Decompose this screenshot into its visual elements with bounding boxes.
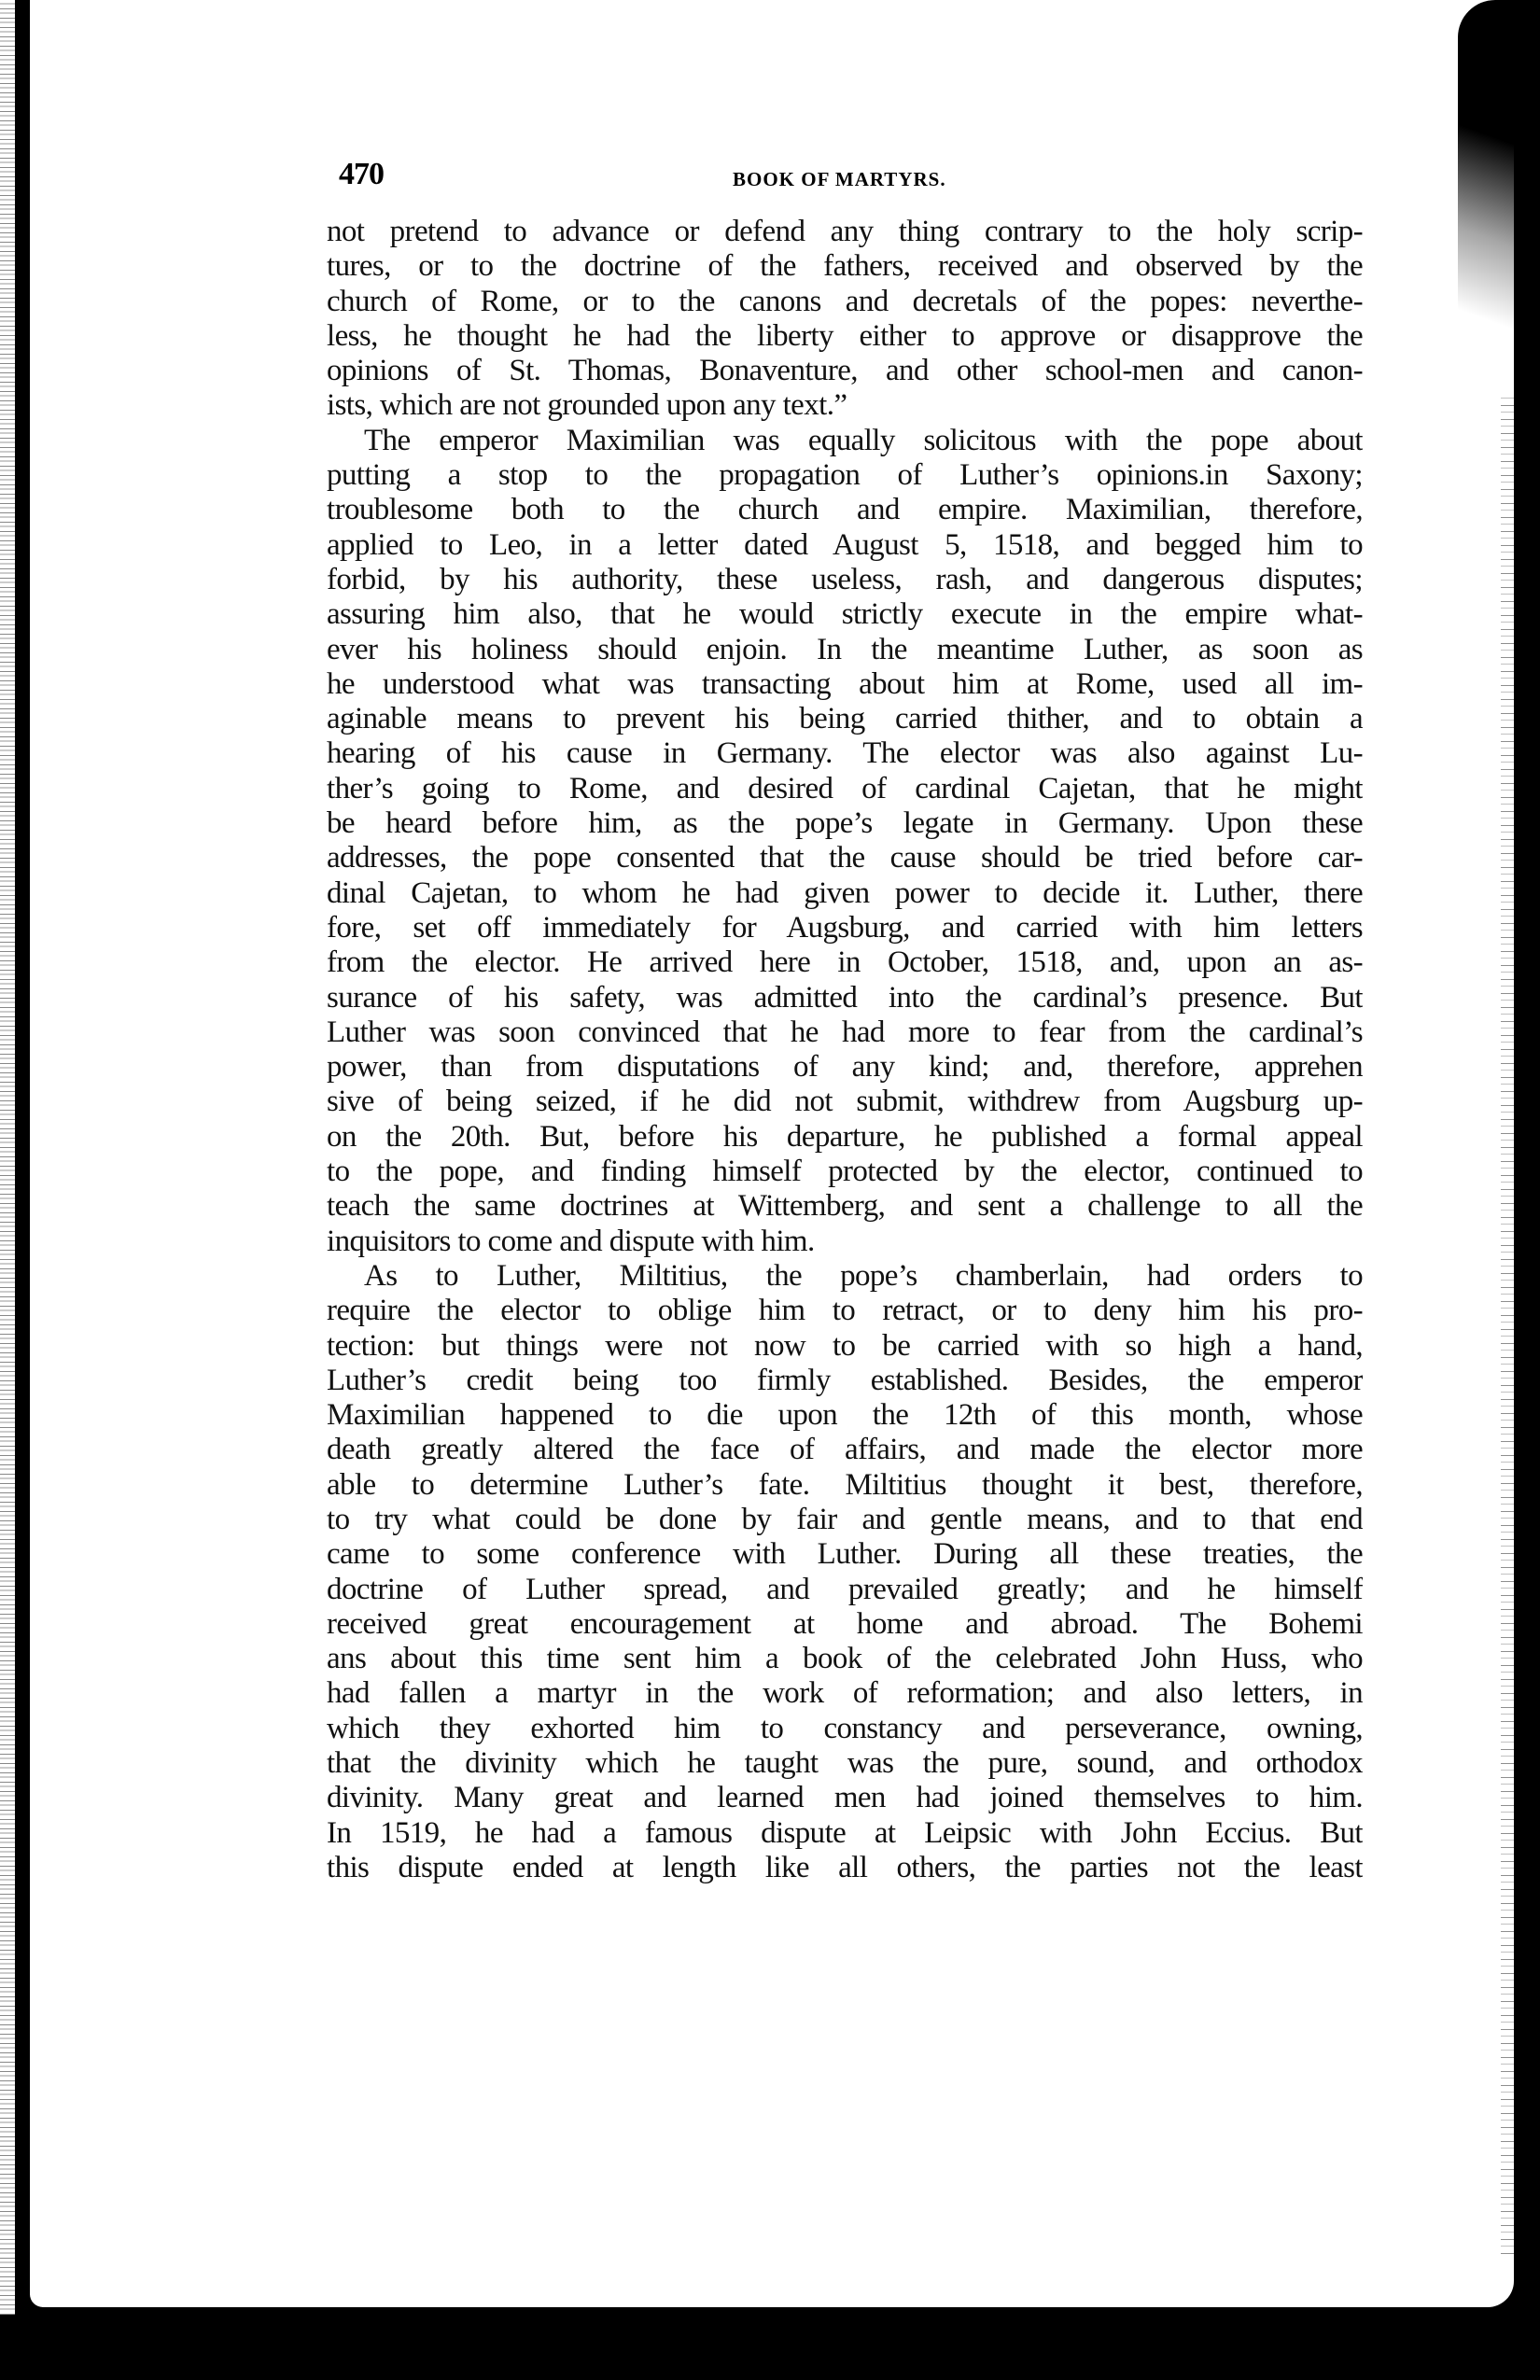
text-line: tures, or to the doctrine of the fathers… (327, 249, 1363, 284)
text-line: to try what could be done by fair and ge… (327, 1503, 1363, 1537)
text-line: applied to Leo, in a letter dated August… (327, 528, 1363, 563)
text-line: power, than from disputations of any kin… (327, 1050, 1363, 1085)
text-line: able to determine Luther’s fate. Miltiti… (327, 1468, 1363, 1503)
text-line: opinions of St. Thomas, Bonaventure, and… (327, 354, 1363, 388)
text-line: doctrine of Luther spread, and prevailed… (327, 1573, 1363, 1607)
text-line: putting a stop to the propagation of Lut… (327, 458, 1363, 493)
text-line: dinal Cajetan, to whom he had given powe… (327, 876, 1363, 911)
text-line: received great encouragement at home and… (327, 1607, 1363, 1642)
text-line: that the divinity which he taught was th… (327, 1746, 1363, 1781)
body-text: not pretend to advance or defend any thi… (327, 215, 1363, 1885)
paragraph-first-line: As to Luther, Miltitius, the pope’s cham… (327, 1259, 1363, 1294)
text-line: aginable means to prevent his being carr… (327, 702, 1363, 736)
text-line: from the elector. He arrived here in Oct… (327, 945, 1363, 980)
text-line: fore, set off immediately for Augsburg, … (327, 911, 1363, 945)
text-line: less, he thought he had the liberty eith… (327, 319, 1363, 354)
running-head: 470 BOOK OF MARTYRS. (339, 157, 1365, 198)
text-line: on the 20th. But, before his departure, … (327, 1120, 1363, 1155)
text-line: ists, which are not grounded upon any te… (327, 388, 1363, 423)
text-line: death greatly altered the face of affair… (327, 1433, 1363, 1467)
text-line: had fallen a martyr in the work of refor… (327, 1676, 1363, 1711)
text-line: not pretend to advance or defend any thi… (327, 215, 1363, 249)
text-line: addresses, the pope consented that the c… (327, 841, 1363, 875)
text-line: Luther was soon convinced that he had mo… (327, 1015, 1363, 1050)
text-line: came to some conference with Luther. Dur… (327, 1537, 1363, 1572)
scan-edge-left (0, 0, 15, 2315)
text-line: which they exhorted him to constancy and… (327, 1712, 1363, 1746)
text-line: require the elector to oblige him to ret… (327, 1294, 1363, 1328)
text-line: divinity. Many great and learned men had… (327, 1781, 1363, 1815)
text-line: forbid, by his authority, these useless,… (327, 563, 1363, 597)
text-line: sive of being seized, if he did not subm… (327, 1085, 1363, 1119)
text-line: troublesome both to the church and empir… (327, 493, 1363, 527)
text-line: Maximilian happened to die upon the 12th… (327, 1398, 1363, 1433)
text-line: In 1519, he had a famous dispute at Leip… (327, 1816, 1363, 1851)
text-line: hearing of his cause in Germany. The ele… (327, 736, 1363, 771)
paragraph-first-line: The emperor Maximilian was equally solic… (327, 424, 1363, 458)
text-line: ans about this time sent him a book of t… (327, 1642, 1363, 1676)
text-line: this dispute ended at length like all ot… (327, 1851, 1363, 1885)
text-line: be heard before him, as the pope’s legat… (327, 806, 1363, 841)
running-title: BOOK OF MARTYRS. (733, 168, 946, 191)
text-line: ever his holiness should enjoin. In the … (327, 633, 1363, 667)
text-line: surance of his safety, was admitted into… (327, 981, 1363, 1015)
text-line: tection: but things were not now to be c… (327, 1329, 1363, 1364)
page-number: 470 (339, 157, 384, 192)
text-line: he understood what was transacting about… (327, 667, 1363, 702)
page-corner-shadow (1458, 0, 1514, 392)
text-line: Luther’s credit being too firmly establi… (327, 1364, 1363, 1398)
scan-edge-right (1501, 392, 1514, 2259)
page-gutter-shadow (15, 0, 30, 2307)
text-line: to the pope, and finding himself protect… (327, 1155, 1363, 1189)
text-line: inquisitors to come and dispute with him… (327, 1225, 1363, 1259)
text-line: church of Rome, or to the canons and dec… (327, 285, 1363, 319)
text-line: assuring him also, that he would strictl… (327, 597, 1363, 632)
text-line: ther’s going to Rome, and desired of car… (327, 772, 1363, 806)
text-line: teach the same doctrines at Wittemberg, … (327, 1189, 1363, 1224)
